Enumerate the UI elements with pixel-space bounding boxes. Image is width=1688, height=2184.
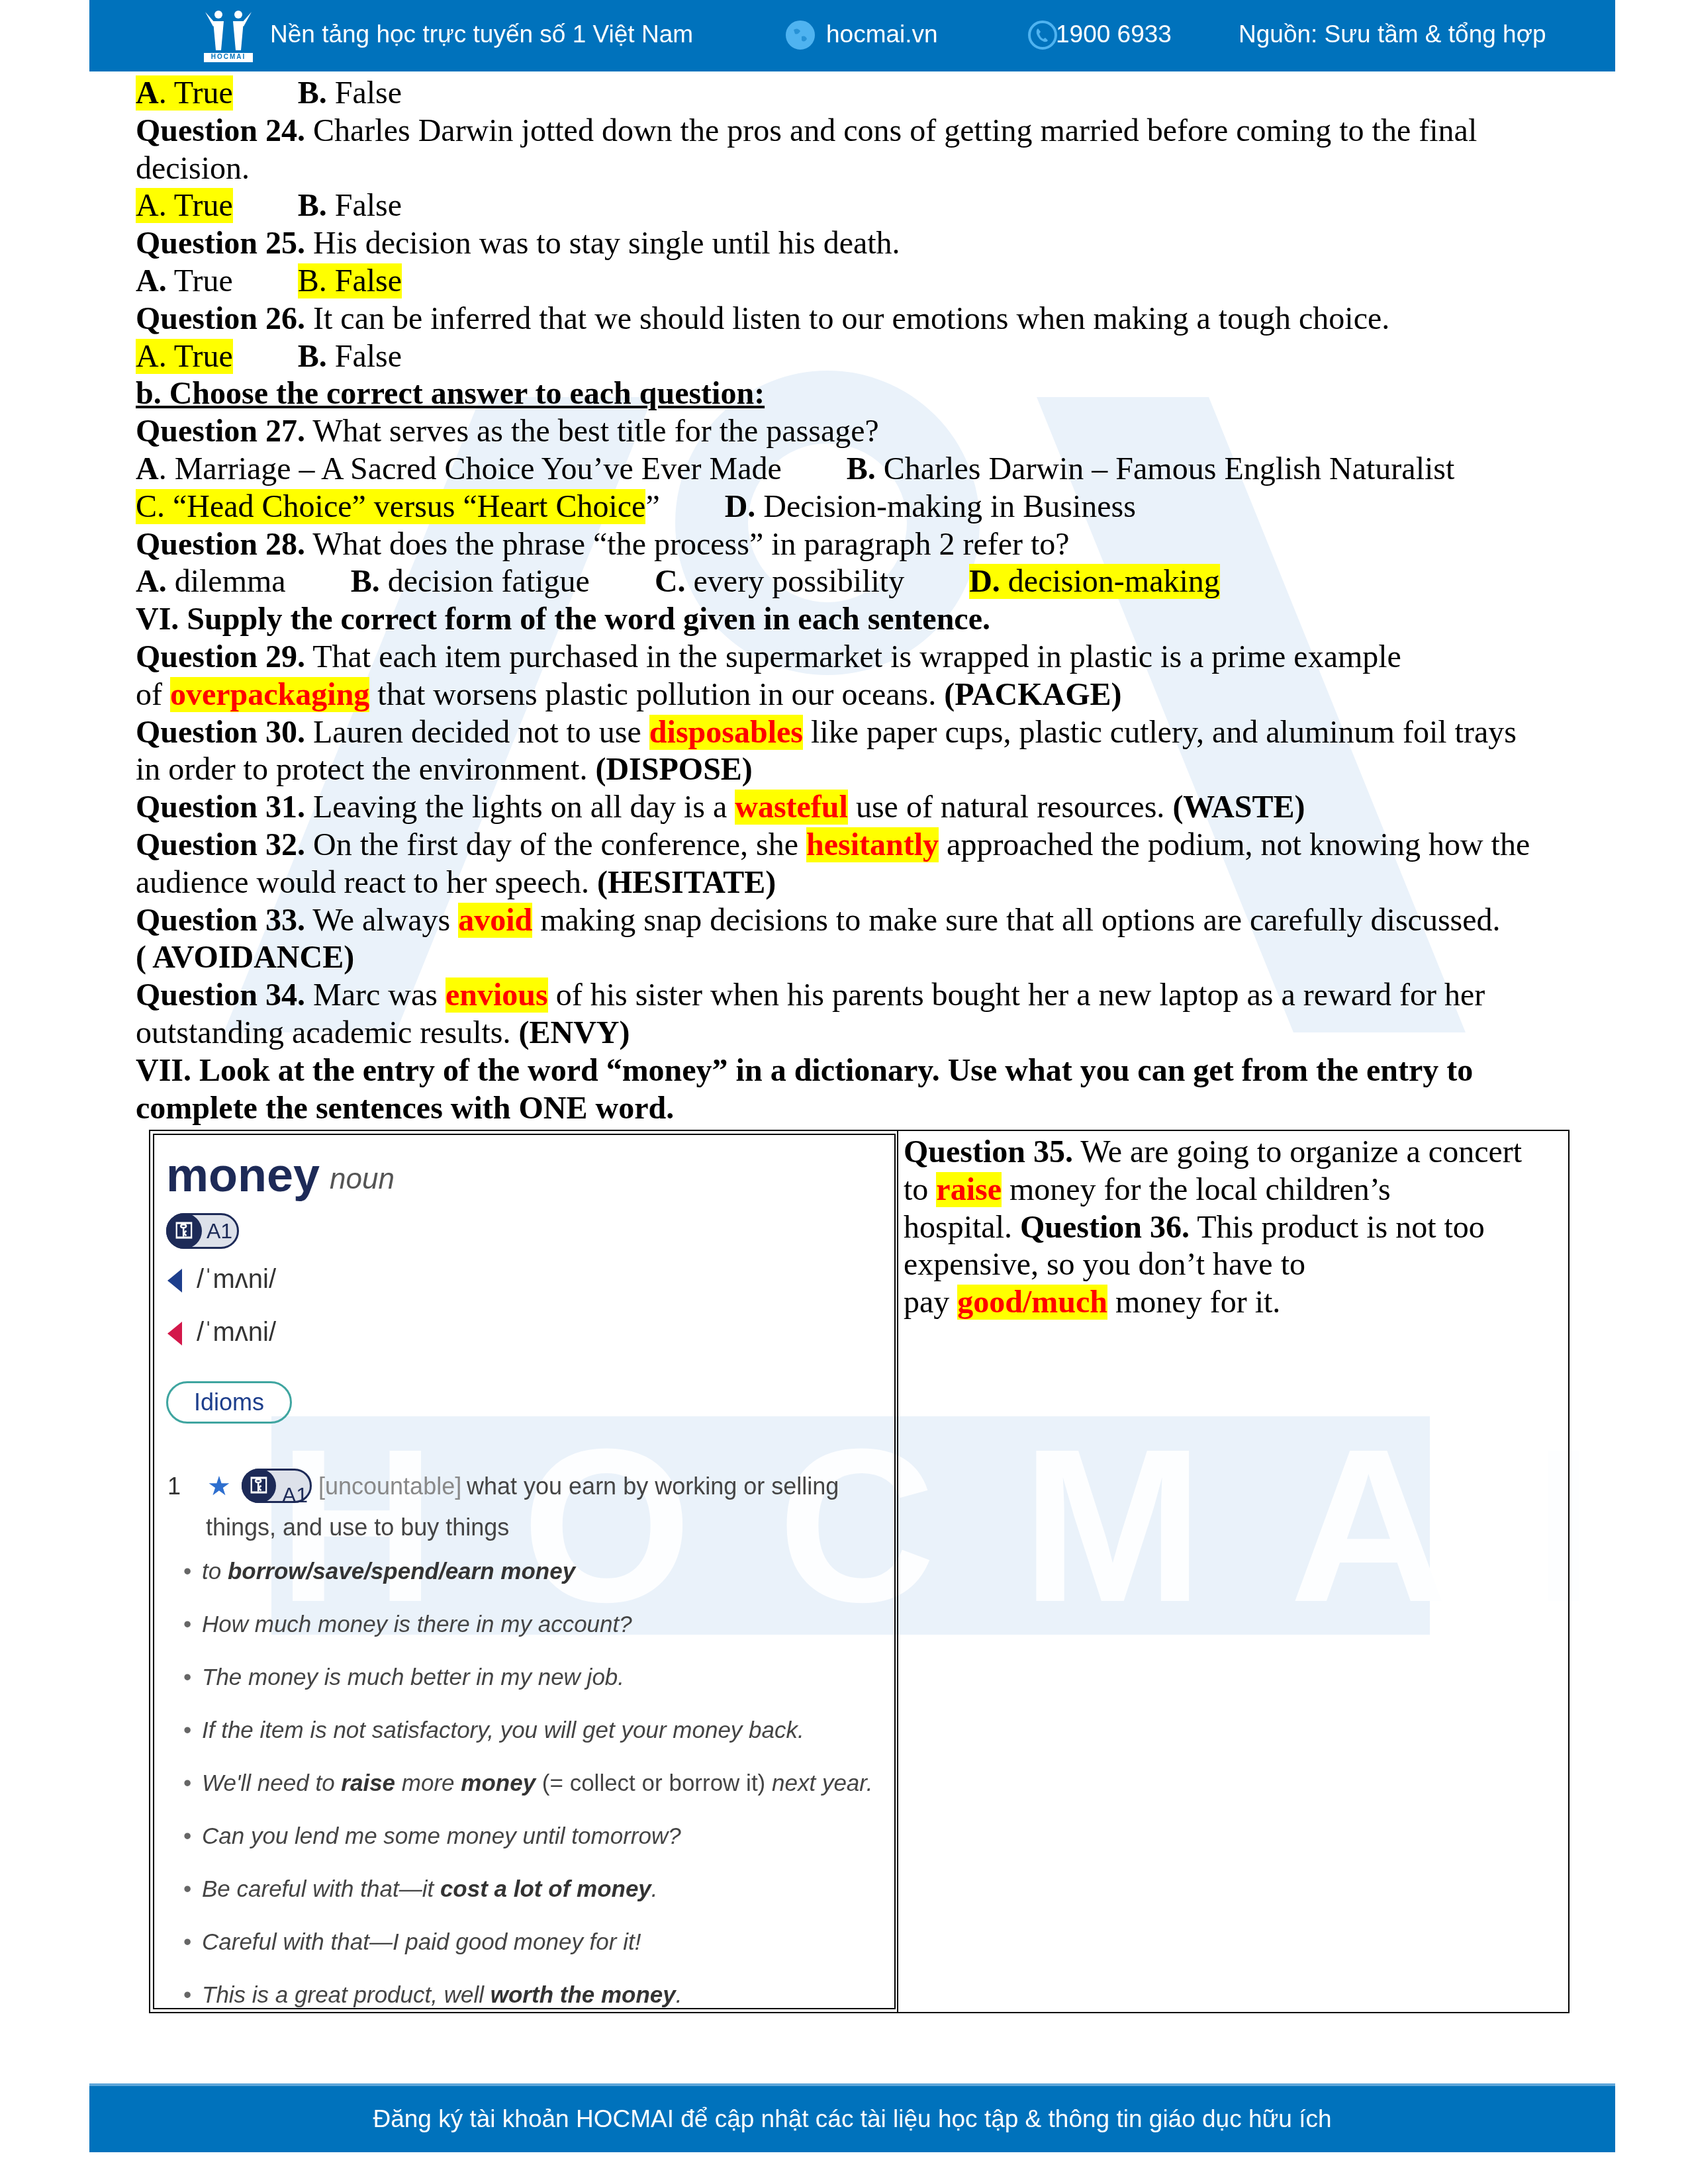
q25-option-b: B. False [298, 263, 402, 298]
source-note: Nguồn: Sưu tầm & tổng hợp [1239, 18, 1546, 51]
question-36-cont2: pay good/much money for it. [904, 1284, 1563, 1322]
question-31: Question 31. Leaving the lights on all d… [136, 789, 1585, 827]
q24-option-a: A. True [136, 188, 233, 223]
questions-35-36: Question 35. We are going to organize a … [897, 1131, 1568, 2012]
question-30-cont: in order to protect the environment. (DI… [136, 751, 1585, 789]
footer-banner: Đăng ký tài khoản HOCMAI để cập nhật các… [89, 2083, 1615, 2152]
hotline-number[interactable]: 1900 6933 [1056, 18, 1172, 51]
q28-option-b: decision fatigue [380, 564, 590, 599]
q31-root-word: (WASTE) [1172, 790, 1305, 825]
q27-option-a: . Marriage – A Sacred Choice You’ve Ever… [159, 451, 782, 486]
example-7: Be careful with that—it cost a lot of mo… [202, 1876, 658, 1903]
example-9: This is a great product, well worth the … [202, 1982, 682, 2009]
q26-option-b: False [327, 339, 402, 374]
question-35: Question 35. We are going to organize a … [904, 1134, 1563, 1171]
q23-options: A. TrueB. False [136, 75, 1585, 113]
q34-root-word: (ENVY) [519, 1015, 630, 1050]
q23-option-b-label: B. [298, 75, 327, 111]
q29-root-word: (PACKAGE) [944, 677, 1121, 712]
q35-answer: raise [936, 1172, 1002, 1207]
oxford-key-icon: ⚿ [166, 1213, 202, 1249]
question-32-cont: audience would react to her speech. (HES… [136, 864, 1585, 902]
q25-option-a: True [167, 263, 233, 298]
definition-cont: things, and use to buy things [167, 1507, 882, 1548]
question-29-cont: of overpackaging that worsens plastic po… [136, 676, 1585, 714]
q30-root-word: (DISPOSE) [595, 752, 752, 787]
question-32: Question 32. On the first day of the con… [136, 827, 1585, 864]
website-link[interactable]: hocmai.vn [826, 18, 938, 51]
question-24: Question 24. Charles Darwin jotted down … [136, 113, 1585, 150]
example-6: Can you lend me some money until tomorro… [202, 1823, 681, 1850]
dictionary-table: money noun ⚿ A1 /ˈmʌni/ /ˈmʌni/ Idioms 1… [149, 1130, 1570, 2013]
section-vii-heading: VII. Look at the entry of the word “mone… [136, 1052, 1585, 1090]
question-33: Question 33. We always avoid making snap… [136, 902, 1585, 940]
question-34-cont: outstanding academic results. (ENVY) [136, 1015, 1585, 1052]
q24-options: A. TrueB. False [136, 187, 1585, 225]
q23-option-b: False [327, 75, 402, 111]
pronunciation-us[interactable]: /ˈmʌni/ [167, 1318, 276, 1347]
question-30: Question 30. Lauren decided not to use d… [136, 714, 1585, 752]
star-icon: ★ [207, 1466, 231, 1507]
header-banner: HOCMAI Nền tảng học trực tuyến số 1 Việt… [89, 0, 1615, 71]
level-badge: ⚿ A1 [166, 1213, 239, 1249]
q23-option-a: A. True [136, 75, 233, 111]
q24-option-b: False [327, 188, 402, 223]
question-36-cont: expensive, so you don’t have to [904, 1246, 1563, 1284]
q27-option-c: C. “Head Choice” versus “Heart Choice [136, 489, 645, 524]
part-of-speech: noun [330, 1163, 395, 1196]
section-vi-heading: VI. Supply the correct form of the word … [136, 601, 1585, 639]
q28-option-a: dilemma [167, 564, 286, 599]
grammar-label: [uncountable] [318, 1466, 461, 1507]
speaker-icon-us[interactable] [167, 1322, 182, 1345]
question-27: Question 27. What serves as the best tit… [136, 413, 1585, 451]
q27-option-d: Decision-making in Business [755, 489, 1136, 524]
example-5: We'll need to raise more money (= collec… [202, 1770, 872, 1797]
tagline: Nền tảng học trực tuyến số 1 Việt Nam [270, 18, 693, 51]
q27-options-cd: C. “Head Choice” versus “Heart Choice”D.… [136, 488, 1585, 526]
question-26: Question 26. It can be inferred that we … [136, 300, 1585, 338]
example-4: If the item is not satisfactory, you wil… [202, 1717, 804, 1744]
q36-answer: good/much [957, 1285, 1107, 1320]
q33-answer: avoid [458, 903, 532, 938]
q27-option-b: Charles Darwin – Famous English Naturali… [876, 451, 1455, 486]
question-25: Question 25. His decision was to stay si… [136, 225, 1585, 263]
example-1: to borrow/save/spend/earn money [202, 1559, 575, 1585]
speaker-icon-uk[interactable] [167, 1269, 182, 1293]
q25-options: A. TrueB. False [136, 263, 1585, 300]
question-29: Question 29. That each item purchased in… [136, 639, 1585, 676]
q26-options: A. TrueB. False [136, 338, 1585, 376]
q30-answer: disposables [649, 715, 803, 750]
question-28: Question 28. What does the phrase “the p… [136, 526, 1585, 564]
question-34: Question 34. Marc was envious of his sis… [136, 977, 1585, 1015]
pronunciation-uk[interactable]: /ˈmʌni/ [167, 1265, 276, 1295]
dictionary-entry: money noun ⚿ A1 /ˈmʌni/ /ˈmʌni/ Idioms 1… [153, 1134, 896, 2009]
sense-1: 1 ★ ⚿ A1 [uncountable] what you earn by … [167, 1466, 882, 1548]
example-8: Careful with that—I paid good money for … [202, 1929, 641, 1956]
sense-number: 1 [167, 1466, 181, 1507]
idioms-button[interactable]: Idioms [166, 1381, 292, 1424]
footer-text[interactable]: Đăng ký tài khoản HOCMAI để cập nhật các… [373, 2105, 1331, 2132]
q31-answer: wasteful [735, 790, 848, 825]
q32-root-word: (HESITATE) [597, 865, 776, 900]
example-2: How much money is there in my account? [202, 1612, 632, 1638]
section-b-heading: b. Choose the correct answer to each que… [136, 375, 1585, 413]
globe-icon [786, 21, 815, 50]
question-36: hospital. Question 36. This product is n… [904, 1209, 1563, 1247]
q28-option-c: every possibility [686, 564, 905, 599]
definition: what you earn by working or selling [467, 1466, 839, 1507]
worksheet-content: A. TrueB. False Question 24. Charles Dar… [136, 75, 1585, 1127]
q34-answer: envious [445, 978, 548, 1013]
hocmai-logo-icon[interactable]: HOCMAI [199, 9, 258, 62]
question-33-cont: ( AVOIDANCE) [136, 939, 1585, 977]
q29-answer: overpackaging [170, 677, 369, 712]
logo-label: HOCMAI [204, 53, 253, 62]
q28-option-d: D. decision-making [969, 564, 1220, 599]
question-35-cont: to raise money for the local children’s [904, 1171, 1563, 1209]
oxford-key-icon: ⚿ [242, 1469, 276, 1503]
section-vii-heading-cont: complete the sentences with ONE word. [136, 1090, 1585, 1128]
q26-option-a: A. True [136, 339, 233, 374]
q33-root-word: ( AVOIDANCE) [136, 940, 354, 975]
q27-options-ab: A. Marriage – A Sacred Choice You’ve Eve… [136, 451, 1585, 488]
sense-level-badge: ⚿ A1 [242, 1469, 312, 1503]
phone-icon [1028, 21, 1057, 50]
q32-answer: hesitantly [806, 827, 939, 862]
example-3: The money is much better in my new job. [202, 1664, 624, 1691]
q28-options: A. dilemmaB. decision fatigueC. every po… [136, 563, 1585, 601]
question-24-cont: decision. [136, 150, 1585, 188]
headword: money [166, 1148, 320, 1203]
